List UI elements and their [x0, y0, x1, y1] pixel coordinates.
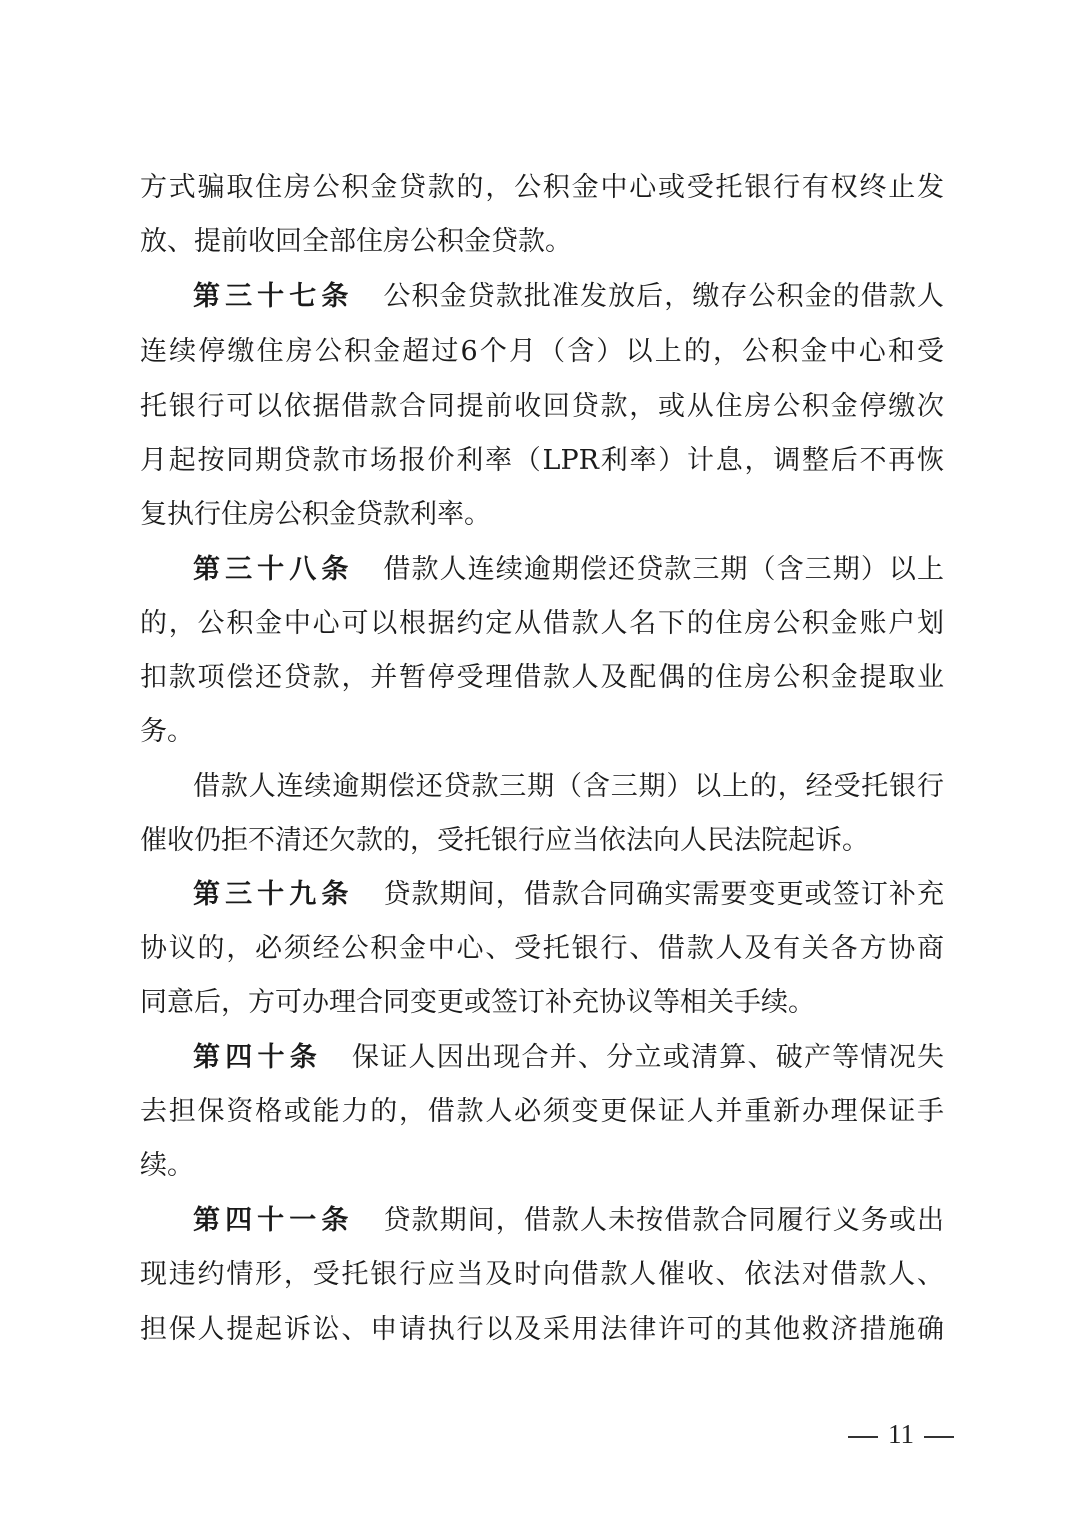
text-line: 续。 [140, 1146, 944, 1186]
text-line: 方式骗取住房公积金贷款的，公积金中心或受托银行有权终止发 [140, 168, 944, 208]
article-38-first-line: 第三十八条借款人连续逾期偿还贷款三期（含三期）以上 [193, 550, 944, 590]
dash-decoration [848, 1436, 878, 1438]
text-line: 放、提前收回全部住房公积金贷款。 [140, 222, 944, 262]
text-line: 贷款期间，借款人未按借款合同履行义务或出 [383, 1205, 944, 1236]
text-line: 的，公积金中心可以根据约定从借款人名下的住房公积金账户划 [140, 604, 944, 644]
article-heading: 第三十九条 [193, 879, 353, 910]
text-line: 托银行可以依据借款合同提前收回贷款，或从住房公积金停缴次 [140, 387, 944, 427]
article-heading: 第三十八条 [193, 554, 353, 585]
text-line: 月起按同期贷款市场报价利率（LPR利率）计息，调整后不再恢 [140, 441, 944, 481]
article-heading: 第四十一条 [193, 1205, 353, 1236]
page-number: 11 [838, 1417, 964, 1451]
text-line: 连续停缴住房公积金超过6个月（含）以上的，公积金中心和受 [140, 332, 944, 372]
text-line: 去担保资格或能力的，借款人必须变更保证人并重新办理保证手 [140, 1092, 944, 1132]
article-37-first-line: 第三十七条公积金贷款批准发放后，缴存公积金的借款人 [193, 277, 944, 317]
text-line: 借款人连续逾期偿还贷款三期（含三期）以上 [383, 554, 944, 585]
page-number-text: 11 [888, 1419, 914, 1449]
text-line: 公积金贷款批准发放后，缴存公积金的借款人 [383, 281, 944, 312]
text-line: 扣款项偿还贷款，并暂停受理借款人及配偶的住房公积金提取业 [140, 658, 944, 698]
article-39-first-line: 第三十九条贷款期间，借款合同确实需要变更或签订补充 [193, 875, 944, 915]
text-line: 复执行住房公积金贷款利率。 [140, 495, 944, 535]
text-line: 催收仍拒不清还欠款的，受托银行应当依法向人民法院起诉。 [140, 821, 944, 861]
article-41-first-line: 第四十一条贷款期间，借款人未按借款合同履行义务或出 [193, 1201, 944, 1241]
text-line: 借款人连续逾期偿还贷款三期（含三期）以上的，经受托银行 [193, 767, 944, 807]
text-line: 保证人因出现合并、分立或清算、破产等情况失 [352, 1042, 944, 1073]
text-line: 协议的，必须经公积金中心、受托银行、借款人及有关各方协商 [140, 929, 944, 969]
document-page: 方式骗取住房公积金贷款的，公积金中心或受托银行有权终止发 放、提前收回全部住房公… [0, 0, 1080, 1527]
text-line: 同意后，方可办理合同变更或签订补充协议等相关手续。 [140, 983, 944, 1023]
article-heading: 第四十条 [193, 1042, 322, 1073]
article-heading: 第三十七条 [193, 281, 353, 312]
text-line: 现违约情形，受托银行应当及时向借款人催收、依法对借款人、 [140, 1255, 944, 1295]
article-40-first-line: 第四十条保证人因出现合并、分立或清算、破产等情况失 [193, 1038, 944, 1078]
text-line: 务。 [140, 712, 944, 752]
dash-decoration [924, 1436, 954, 1438]
text-line: 担保人提起诉讼、申请执行以及采用法律许可的其他救济措施确 [140, 1310, 944, 1350]
text-line: 贷款期间，借款合同确实需要变更或签订补充 [383, 879, 944, 910]
